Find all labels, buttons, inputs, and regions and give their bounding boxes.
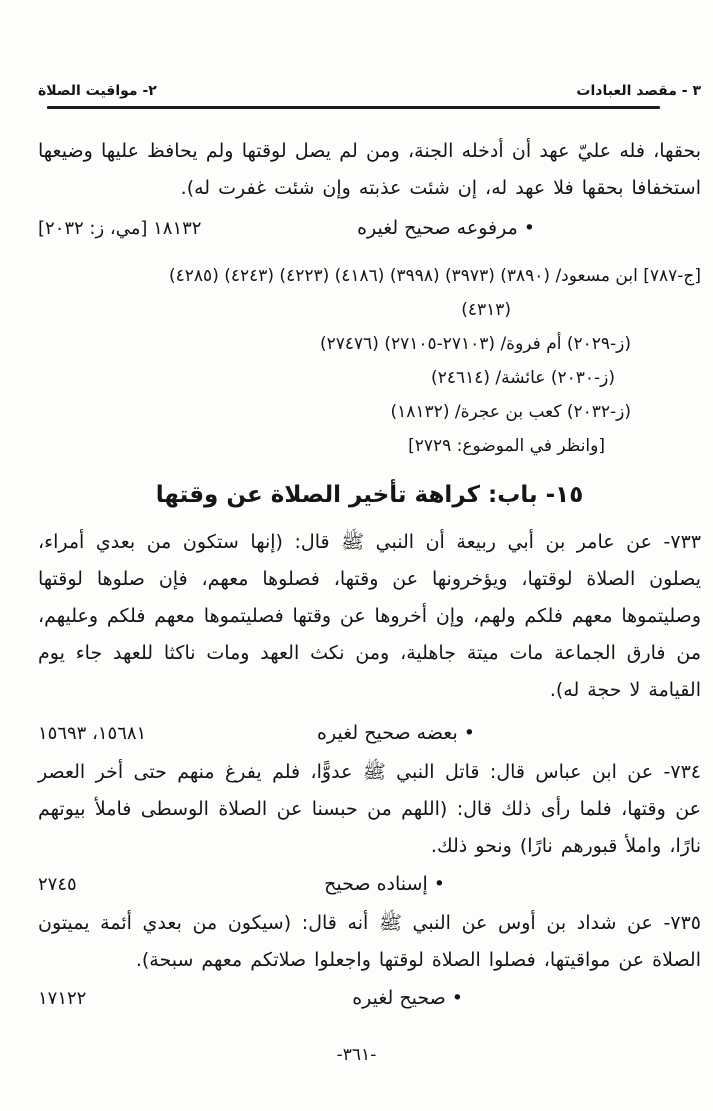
page-number: -٣٦١- bbox=[0, 1045, 713, 1065]
book-page: ٣ - مقصد العبادات ٢- مواقيت الصلاة بحقها… bbox=[0, 0, 713, 1111]
header-chapter-title: ٢- مواقيت الصلاة bbox=[38, 80, 157, 102]
hadith-733: ٧٣٣- عن عامر بن أبي ربيعة أن النبي ﷺ قال… bbox=[38, 524, 701, 709]
grading-line: • صحيح لغيره ١٧١٢٢ bbox=[38, 983, 701, 1014]
grade-number: ٢٧٤٥ bbox=[38, 869, 77, 900]
reference-line: [ج-٧٨٧] ابن مسعود/ (٣٨٩٠) (٣٩٧٣) (٣٩٩٨) … bbox=[38, 259, 701, 293]
reference-see-also: [وانظر في الموضوع: ٢٧٢٩] bbox=[38, 429, 605, 463]
header-section-title: ٣ - مقصد العبادات bbox=[576, 80, 701, 102]
reference-line: (ز-٢٠٣٠) عائشة/ (٢٤٦١٤) bbox=[38, 361, 615, 395]
paragraph-continuation: بحقها، فله عليّ عهد أن أدخله الجنة، ومن … bbox=[38, 133, 701, 207]
grading-line: • مرفوعه صحيح لغيره ١٨١٣٢ [مي، ز: ٢٠٣٢] bbox=[38, 213, 701, 244]
grade-label: • بعضه صحيح لغيره bbox=[317, 718, 475, 749]
reference-line: (ز-٢٠٣٢) كعب بن عجرة/ (١٨١٣٢) bbox=[38, 395, 631, 429]
grading-line: • إسناده صحيح ٢٧٤٥ bbox=[38, 869, 701, 900]
header-divider bbox=[47, 106, 660, 109]
references-block: [ج-٧٨٧] ابن مسعود/ (٣٨٩٠) (٣٩٧٣) (٣٩٩٨) … bbox=[38, 259, 701, 463]
hadith-734: ٧٣٤- عن ابن عباس قال: قاتل النبي ﷺ عدوًّ… bbox=[38, 754, 701, 865]
grade-number: ١٨١٣٢ [مي، ز: ٢٠٣٢] bbox=[38, 213, 201, 244]
reference-line: (ز-٢٠٢٩) أم فروة/ (٢٧١٠٣-٢٧١٠٥) (٢٧٤٧٦) bbox=[38, 327, 631, 361]
grade-label: • إسناده صحيح bbox=[324, 869, 445, 900]
grade-label: • مرفوعه صحيح لغيره bbox=[357, 213, 535, 244]
grading-line: • بعضه صحيح لغيره ١٥٦٨١، ١٥٦٩٣ bbox=[38, 718, 701, 749]
chapter-heading: ١٥- باب: كراهة تأخير الصلاة عن وقتها bbox=[38, 478, 701, 512]
running-header: ٣ - مقصد العبادات ٢- مواقيت الصلاة bbox=[38, 80, 701, 102]
reference-line-continuation: (٤٣١٣) bbox=[38, 293, 511, 327]
grade-number: ١٧١٢٢ bbox=[38, 983, 86, 1014]
grade-number: ١٥٦٨١، ١٥٦٩٣ bbox=[38, 718, 146, 749]
grade-label: • صحيح لغيره bbox=[352, 983, 463, 1014]
hadith-735: ٧٣٥- عن شداد بن أوس عن النبي ﷺ أنه قال: … bbox=[38, 905, 701, 979]
